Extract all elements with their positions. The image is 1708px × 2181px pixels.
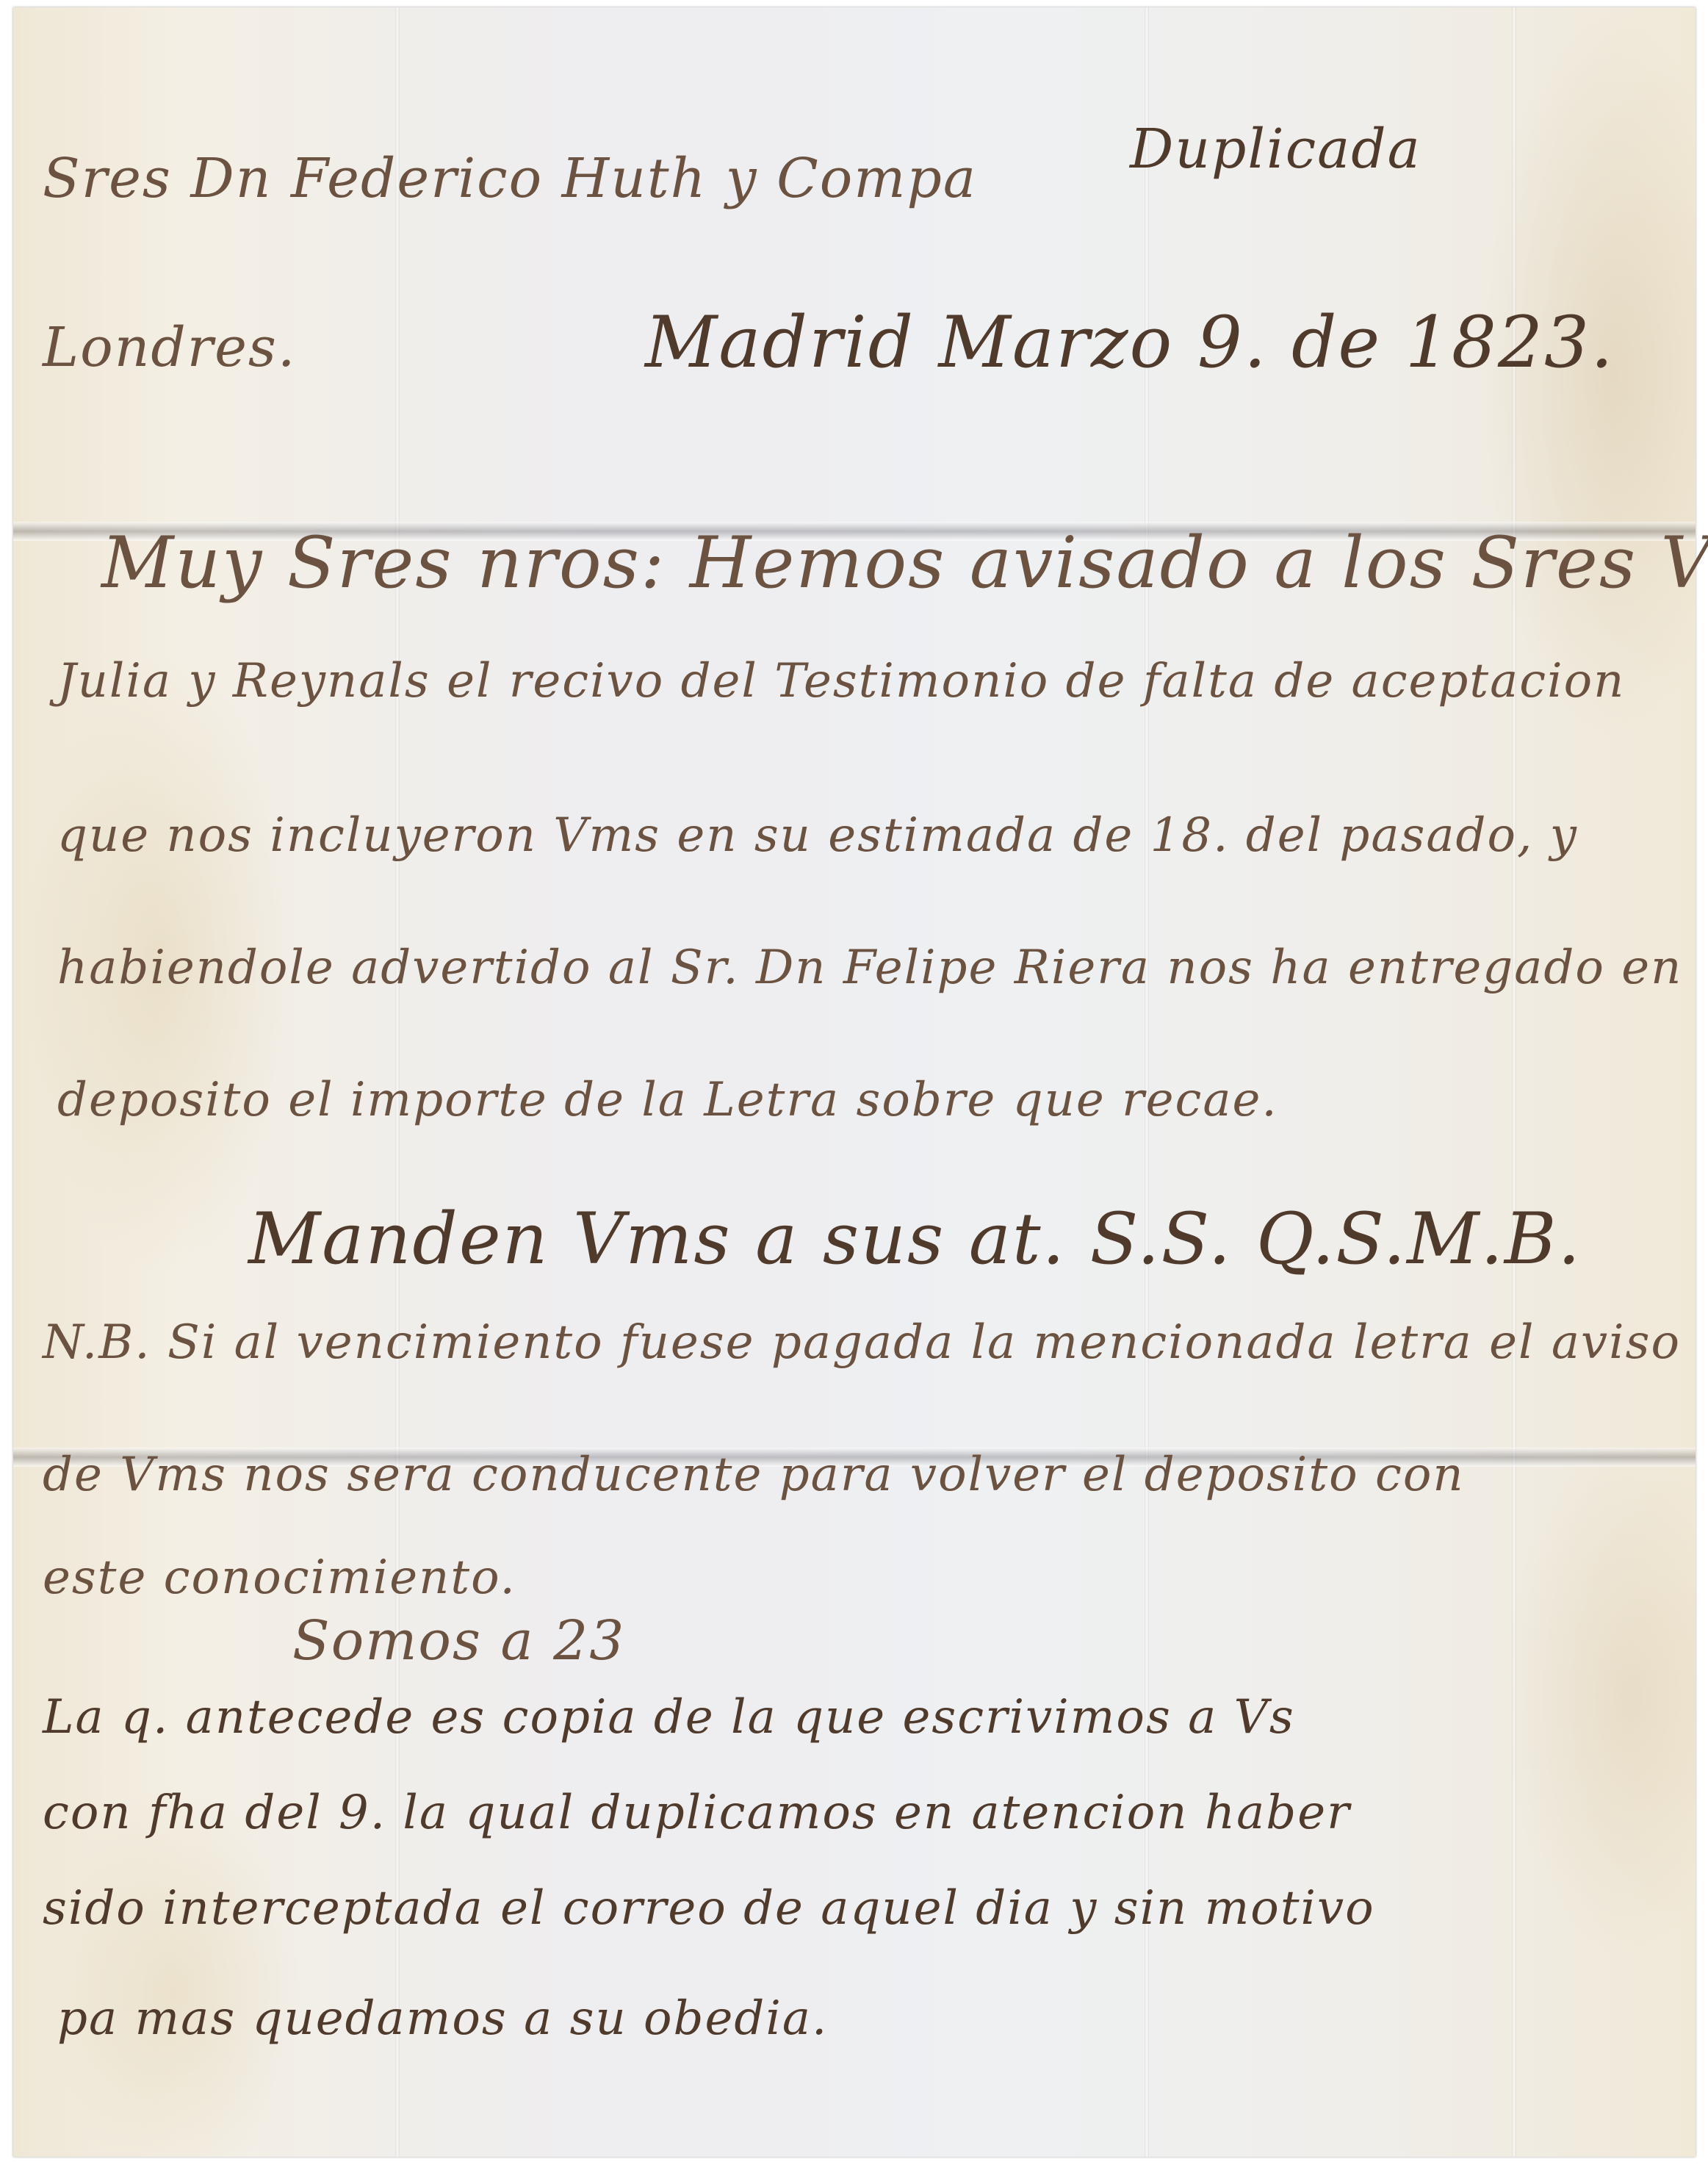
letter-page: Sres Dn Federico Huth y Compa Duplicada …: [13, 7, 1696, 2157]
body-line: de Vms nos sera conducente para volver e…: [43, 1448, 1465, 1502]
body-line: Julia y Reynals el recivo del Testimonio…: [57, 654, 1625, 708]
duplicate-mark: Duplicada: [1130, 118, 1421, 181]
body-line: Muy Sres nros: Hemos avisado a los Sres …: [101, 522, 1708, 604]
addressee: Sres Dn Federico Huth y Compa: [43, 147, 977, 210]
body-line: habiendole advertido al Sr. Dn Felipe Ri…: [57, 941, 1682, 995]
body-line: deposito el importe de la Letra sobre qu…: [57, 1073, 1278, 1127]
destination: Londres.: [43, 316, 296, 379]
closing-formula: Manden Vms a sus at. S.S. Q.S.M.B.: [248, 1198, 1582, 1280]
postscript-line: sido interceptada el correo de aquel dia…: [43, 1881, 1375, 1936]
postscript-line: pa mas quedamos a su obedia.: [57, 1991, 828, 2046]
body-line: que nos incluyeron Vms en su estimada de…: [57, 808, 1578, 863]
place-date: Madrid Marzo 9. de 1823.: [645, 301, 1615, 384]
body-line: N.B. Si al vencimiento fuese pagada la m…: [43, 1315, 1681, 1370]
postscript-date: Somos a 23: [292, 1609, 625, 1672]
body-line: este conocimiento.: [43, 1551, 516, 1605]
postscript-line: La q. antecede es copia de la que escriv…: [43, 1690, 1295, 1745]
postscript-line: con fha del 9. la qual duplicamos en ate…: [43, 1786, 1351, 1840]
